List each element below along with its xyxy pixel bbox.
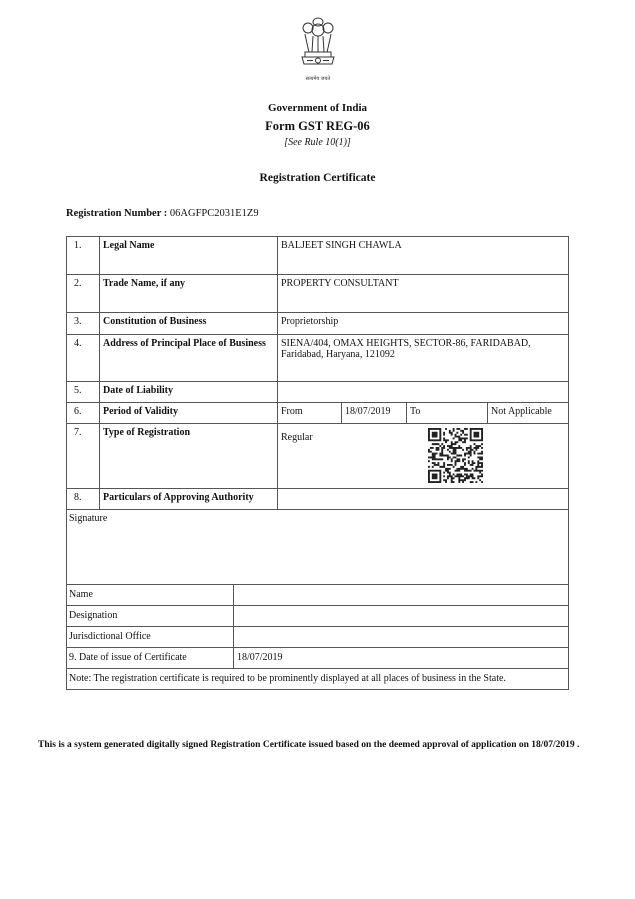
rule-reference: [See Rule 10(1)] (0, 137, 635, 148)
registration-type-value: Regular (281, 432, 313, 443)
table-row-period-of-validity: 6. Period of Validity From 18/07/2019 To… (67, 403, 568, 424)
row-label: Trade Name, if any (100, 275, 278, 312)
display-note: Note: The registration certificate is re… (67, 669, 568, 689)
name-row: Name (67, 585, 568, 606)
row-number: 2. (67, 275, 100, 312)
table-row-address: 4. Address of Principal Place of Busines… (67, 335, 568, 382)
approving-authority-value (278, 489, 568, 509)
issue-date-value: 18/07/2019 (234, 648, 568, 668)
row-label: Constitution of Business (100, 313, 278, 334)
name-value (234, 585, 568, 605)
issue-date-label: 9. Date of issue of Certificate (67, 648, 234, 668)
row-number: 4. (67, 335, 100, 381)
row-number: 6. (67, 403, 100, 423)
registration-number-value: 06AGFPC2031E1Z9 (170, 208, 259, 219)
row-number: 3. (67, 313, 100, 334)
signature-label: Signature (69, 513, 107, 524)
form-title: Form GST REG-06 (0, 119, 635, 134)
designation-row: Designation (67, 606, 568, 627)
validity-to-value: Not Applicable (488, 403, 568, 423)
registration-number-label: Registration Number : (66, 208, 167, 219)
jurisdictional-office-row: Jurisdictional Office (67, 627, 568, 648)
designation-value (234, 606, 568, 626)
validity-cells: From 18/07/2019 To Not Applicable (278, 403, 568, 423)
issue-date-row: 9. Date of issue of Certificate 18/07/20… (67, 648, 568, 669)
jurisdictional-office-label: Jurisdictional Office (67, 627, 234, 647)
row-number: 5. (67, 382, 100, 402)
constitution-value: Proprietorship (278, 313, 568, 334)
validity-from-value: 18/07/2019 (342, 403, 407, 423)
designation-label: Designation (67, 606, 234, 626)
table-row-constitution: 3. Constitution of Business Proprietorsh… (67, 313, 568, 335)
table-row-approving-authority: 8. Particulars of Approving Authority (67, 489, 568, 510)
registration-number: Registration Number : 06AGFPC2031E1Z9 (66, 208, 259, 219)
table-row-date-of-liability: 5. Date of Liability (67, 382, 568, 403)
certificate-title: Registration Certificate (0, 172, 635, 184)
government-heading: Government of India (0, 102, 635, 114)
validity-from-label: From (278, 403, 342, 423)
table-row-legal-name: 1. Legal Name BALJEET SINGH CHAWLA (67, 237, 568, 275)
name-label: Name (67, 585, 234, 605)
certificate-table: 1. Legal Name BALJEET SINGH CHAWLA 2. Tr… (66, 236, 569, 690)
legal-name-value: BALJEET SINGH CHAWLA (278, 237, 568, 274)
address-value: SIENA/404, OMAX HEIGHTS, SECTOR-86, FARI… (278, 335, 568, 381)
row-number: 1. (67, 237, 100, 274)
row-number: 7. (67, 424, 100, 488)
footer-statement: This is a system generated digitally sig… (38, 740, 579, 750)
table-row-trade-name: 2. Trade Name, if any PROPERTY CONSULTAN… (67, 275, 568, 313)
table-row-type-of-registration: 7. Type of Registration Regular (67, 424, 568, 489)
ashoka-emblem-icon (295, 14, 341, 74)
trade-name-value: PROPERTY CONSULTANT (278, 275, 568, 312)
jurisdictional-office-value (234, 627, 568, 647)
date-of-liability-value (278, 382, 568, 402)
validity-to-label: To (407, 403, 488, 423)
row-label: Date of Liability (100, 382, 278, 402)
national-emblem: सत्यमेव जयते (295, 14, 341, 84)
qr-code-icon (428, 428, 483, 483)
row-label: Particulars of Approving Authority (100, 489, 278, 509)
emblem-motto: सत्यमेव जयते (295, 76, 341, 82)
row-label: Type of Registration (100, 424, 278, 488)
registration-type-cell: Regular (278, 424, 568, 488)
row-number: 8. (67, 489, 100, 509)
row-label: Legal Name (100, 237, 278, 274)
row-label: Period of Validity (100, 403, 278, 423)
signature-box: Signature (67, 510, 568, 585)
row-label: Address of Principal Place of Business (100, 335, 278, 381)
